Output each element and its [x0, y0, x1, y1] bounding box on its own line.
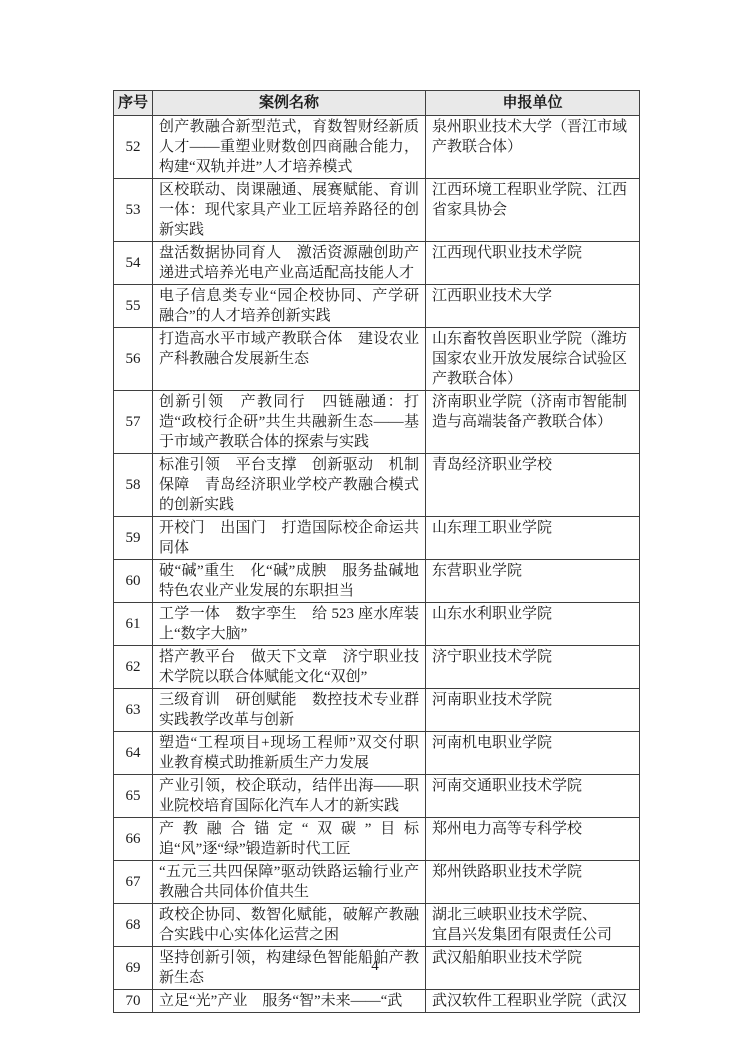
header-case-name: 案例名称: [153, 91, 426, 116]
unit-cell: 河南交通职业技术学院: [426, 775, 640, 818]
case-cell: “五元三共四保障”驱动铁路运输行业产教融合共同体价值共生: [153, 861, 426, 904]
case-cell: 破“碱”重生 化“碱”成腴 服务盐碱地特色农业产业发展的东职担当: [153, 560, 426, 603]
unit-cell: 济宁职业技术学院: [426, 646, 640, 689]
table-row: 67“五元三共四保障”驱动铁路运输行业产教融合共同体价值共生郑州铁路职业技术学院: [114, 861, 640, 904]
case-cell: 塑造“工程项目+现场工程师”双交付职业教育模式助推新质生产力发展: [153, 732, 426, 775]
serial-cell: 58: [114, 454, 153, 517]
case-cell: 打造高水平市域产教联合体 建设农业产科教融合发展新生态: [153, 328, 426, 391]
table-header: 序号 案例名称 申报单位: [114, 91, 640, 116]
table-row: 57创新引领 产教同行 四链融通：打造“政校行企研”共生共融新生态——基于市域产…: [114, 391, 640, 454]
unit-cell: 江西现代职业技术学院: [426, 242, 640, 285]
case-cell: 产业引领，校企联动，结伴出海——职业院校培育国际化汽车人才的新实践: [153, 775, 426, 818]
table-row: 66产教融合锚定“双碳”目标 追“风”逐“绿”锻造新时代工匠郑州电力高等专科学校: [114, 818, 640, 861]
unit-cell: 青岛经济职业学校: [426, 454, 640, 517]
case-cell: 三级育训 研创赋能 数控技术专业群实践教学改革与创新: [153, 689, 426, 732]
table-row: 64塑造“工程项目+现场工程师”双交付职业教育模式助推新质生产力发展河南机电职业…: [114, 732, 640, 775]
table-row: 60破“碱”重生 化“碱”成腴 服务盐碱地特色农业产业发展的东职担当东营职业学院: [114, 560, 640, 603]
serial-cell: 63: [114, 689, 153, 732]
header-declaring-unit: 申报单位: [426, 91, 640, 116]
table-row: 59开校门 出国门 打造国际校企命运共同体山东理工职业学院: [114, 517, 640, 560]
table-body: 52创产教融合新型范式，育数智财经新质人才——重塑业财数创四商融合能力，构建“双…: [114, 116, 640, 1013]
unit-cell: 河南职业技术学院: [426, 689, 640, 732]
unit-cell: 郑州电力高等专科学校: [426, 818, 640, 861]
case-table: 序号 案例名称 申报单位 52创产教融合新型范式，育数智财经新质人才——重塑业财…: [113, 90, 640, 1013]
table-row: 70立足“光”产业 服务“智”未来——“武武汉软件工程职业学院（武汉: [114, 990, 640, 1013]
case-cell: 立足“光”产业 服务“智”未来——“武: [153, 990, 426, 1013]
serial-cell: 59: [114, 517, 153, 560]
serial-cell: 65: [114, 775, 153, 818]
unit-cell: 河南机电职业学院: [426, 732, 640, 775]
case-cell: 开校门 出国门 打造国际校企命运共同体: [153, 517, 426, 560]
serial-cell: 66: [114, 818, 153, 861]
table-row: 61工学一体 数字孪生 给 523 座水库装上“数字大脑”山东水利职业学院: [114, 603, 640, 646]
case-cell: 区校联动、岗课融通、展赛赋能、育训一体：现代家具产业工匠培养路径的创新实践: [153, 179, 426, 242]
serial-cell: 64: [114, 732, 153, 775]
unit-cell: 泉州职业技术大学（晋江市域产教联合体）: [426, 116, 640, 179]
unit-cell: 郑州铁路职业技术学院: [426, 861, 640, 904]
page-number: 4: [0, 958, 750, 975]
document-page: 序号 案例名称 申报单位 52创产教融合新型范式，育数智财经新质人才——重塑业财…: [0, 0, 750, 1061]
unit-cell: 东营职业学院: [426, 560, 640, 603]
serial-cell: 67: [114, 861, 153, 904]
unit-cell: 武汉软件工程职业学院（武汉: [426, 990, 640, 1013]
case-cell: 电子信息类专业“园企校协同、产学研融合”的人才培养创新实践: [153, 285, 426, 328]
serial-cell: 68: [114, 904, 153, 947]
table-row: 54盘活数据协同育人 激活资源融创助产递进式培养光电产业高适配高技能人才江西现代…: [114, 242, 640, 285]
case-cell: 标准引领 平台支撑 创新驱动 机制保障 青岛经济职业学校产教融合模式的创新实践: [153, 454, 426, 517]
table-row: 52创产教融合新型范式，育数智财经新质人才——重塑业财数创四商融合能力，构建“双…: [114, 116, 640, 179]
case-cell: 创新引领 产教同行 四链融通：打造“政校行企研”共生共融新生态——基于市域产教联…: [153, 391, 426, 454]
unit-cell: 山东理工职业学院: [426, 517, 640, 560]
table-row: 63三级育训 研创赋能 数控技术专业群实践教学改革与创新河南职业技术学院: [114, 689, 640, 732]
case-cell: 搭产教平台 做天下文章 济宁职业技术学院以联合体赋能文化“双创”: [153, 646, 426, 689]
unit-cell: 江西环境工程职业学院、江西省家具协会: [426, 179, 640, 242]
serial-cell: 56: [114, 328, 153, 391]
table-row: 56打造高水平市域产教联合体 建设农业产科教融合发展新生态山东畜牧兽医职业学院（…: [114, 328, 640, 391]
serial-cell: 62: [114, 646, 153, 689]
table-row: 65产业引领，校企联动，结伴出海——职业院校培育国际化汽车人才的新实践河南交通职…: [114, 775, 640, 818]
table-row: 55电子信息类专业“园企校协同、产学研融合”的人才培养创新实践江西职业技术大学: [114, 285, 640, 328]
unit-cell: 山东畜牧兽医职业学院（潍坊国家农业开放发展综合试验区产教联合体）: [426, 328, 640, 391]
serial-cell: 57: [114, 391, 153, 454]
header-serial-number: 序号: [114, 91, 153, 116]
table-row: 53区校联动、岗课融通、展赛赋能、育训一体：现代家具产业工匠培养路径的创新实践江…: [114, 179, 640, 242]
serial-cell: 55: [114, 285, 153, 328]
serial-cell: 70: [114, 990, 153, 1013]
serial-cell: 54: [114, 242, 153, 285]
unit-cell: 山东水利职业学院: [426, 603, 640, 646]
serial-cell: 52: [114, 116, 153, 179]
unit-cell: 江西职业技术大学: [426, 285, 640, 328]
table-row: 68政校企协同、数智化赋能，破解产教融合实践中心实体化运营之困湖北三峡职业技术学…: [114, 904, 640, 947]
unit-cell: 济南职业学院（济南市智能制造与高端装备产教联合体）: [426, 391, 640, 454]
table-row: 58标准引领 平台支撑 创新驱动 机制保障 青岛经济职业学校产教融合模式的创新实…: [114, 454, 640, 517]
case-cell: 盘活数据协同育人 激活资源融创助产递进式培养光电产业高适配高技能人才: [153, 242, 426, 285]
case-cell: 产教融合锚定“双碳”目标 追“风”逐“绿”锻造新时代工匠: [153, 818, 426, 861]
case-cell: 创产教融合新型范式，育数智财经新质人才——重塑业财数创四商融合能力，构建“双轨并…: [153, 116, 426, 179]
serial-cell: 60: [114, 560, 153, 603]
unit-cell: 湖北三峡职业技术学院、 宜昌兴发集团有限责任公司: [426, 904, 640, 947]
serial-cell: 61: [114, 603, 153, 646]
case-cell: 政校企协同、数智化赋能，破解产教融合实践中心实体化运营之困: [153, 904, 426, 947]
serial-cell: 53: [114, 179, 153, 242]
case-cell: 工学一体 数字孪生 给 523 座水库装上“数字大脑”: [153, 603, 426, 646]
header-row: 序号 案例名称 申报单位: [114, 91, 640, 116]
table-row: 62搭产教平台 做天下文章 济宁职业技术学院以联合体赋能文化“双创”济宁职业技术…: [114, 646, 640, 689]
